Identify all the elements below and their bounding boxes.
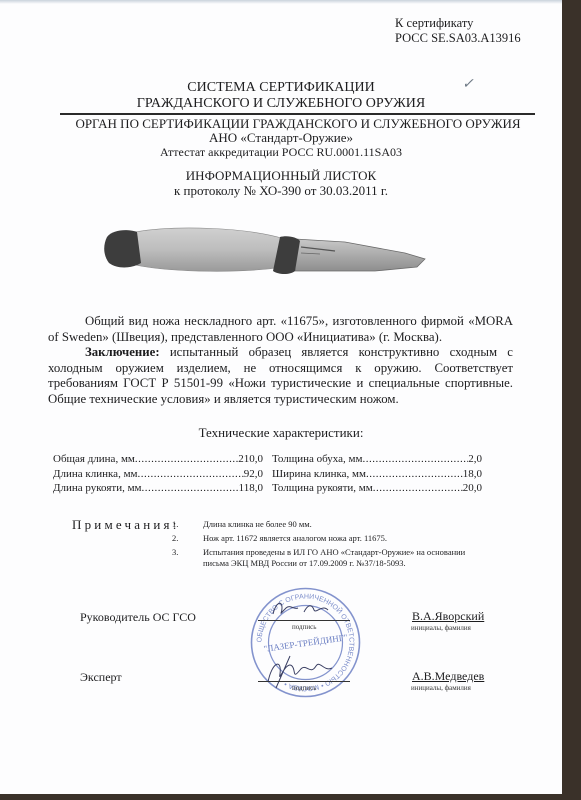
spec-row: Ширина клинка, мм18,0 [272,467,482,482]
specs-title: Технические характеристики: [0,425,562,441]
reference-line-2: РОСС SE.SA03.A13916 [395,31,521,46]
organization-line-2: АНО «Стандарт-Оружие» [0,130,562,146]
document-title: ИНФОРМАЦИОННЫЙ ЛИСТОК [0,168,562,184]
signature-line [258,681,350,682]
knife-photo [95,215,435,290]
signature-line [258,620,350,621]
svg-text:"ЛАЗЕР-ТРЕЙДИНГ": "ЛАЗЕР-ТРЕЙДИНГ" [263,632,348,654]
spec-row: Толщина рукояти, мм20,0 [272,481,482,496]
system-title-line-1: СИСТЕМА СЕРТИФИКАЦИИ [0,80,562,96]
specs-left-column: Общая длина, мм210,0 Длина клинка, мм92,… [53,452,263,496]
signature-scribble-head [268,596,338,620]
spec-row: Общая длина, мм210,0 [53,452,263,467]
reference-line-1: К сертификату [395,16,521,31]
system-title-line-2: ГРАЖДАНСКОГО И СЛУЖЕБНОГО ОРУЖИЯ [0,96,562,112]
document-subtitle: к протоколу № ХО-390 от 30.03.2011 г. [0,183,562,199]
description-paragraph: Общий вид ножа нескладного арт. «11675»,… [48,314,513,345]
certificate-reference: К сертификату РОСС SE.SA03.A13916 [395,16,521,46]
spec-row: Длина клинка, мм92,0 [53,467,263,482]
signatory-role-head: Руководитель ОС ГСО [80,610,196,625]
spec-row: Длина рукояти, мм118,0 [53,481,263,496]
signatory-name-head: В.А.Яворский [412,609,484,624]
signatory-role-expert: Эксперт [80,670,122,685]
signature-caption: подпись [292,684,316,692]
signature-caption: подпись [292,623,316,631]
accreditation-line: Аттестат аккредитации РОСС RU.0001.11SA0… [0,145,562,160]
header-divider [60,113,535,115]
signatory-name-expert: А.В.Медведев [412,669,484,684]
specs-right-column: Толщина обуха, мм2,0 Ширина клинка, мм18… [272,452,482,496]
conclusion-paragraph: Заключение: испытанный образец является … [48,345,513,407]
name-caption: инициалы, фамилия [411,624,471,632]
conclusion-label: Заключение: [85,345,160,359]
scan-edge [0,0,562,4]
description-text: Общий вид ножа нескладного арт. «11675»,… [48,314,513,344]
scanned-document-page: К сертификату РОСС SE.SA03.A13916 ✓ СИСТ… [0,0,562,794]
notes-label: Примечания: [72,517,180,533]
spec-row: Толщина обуха, мм2,0 [272,452,482,467]
name-caption: инициалы, фамилия [411,684,471,692]
